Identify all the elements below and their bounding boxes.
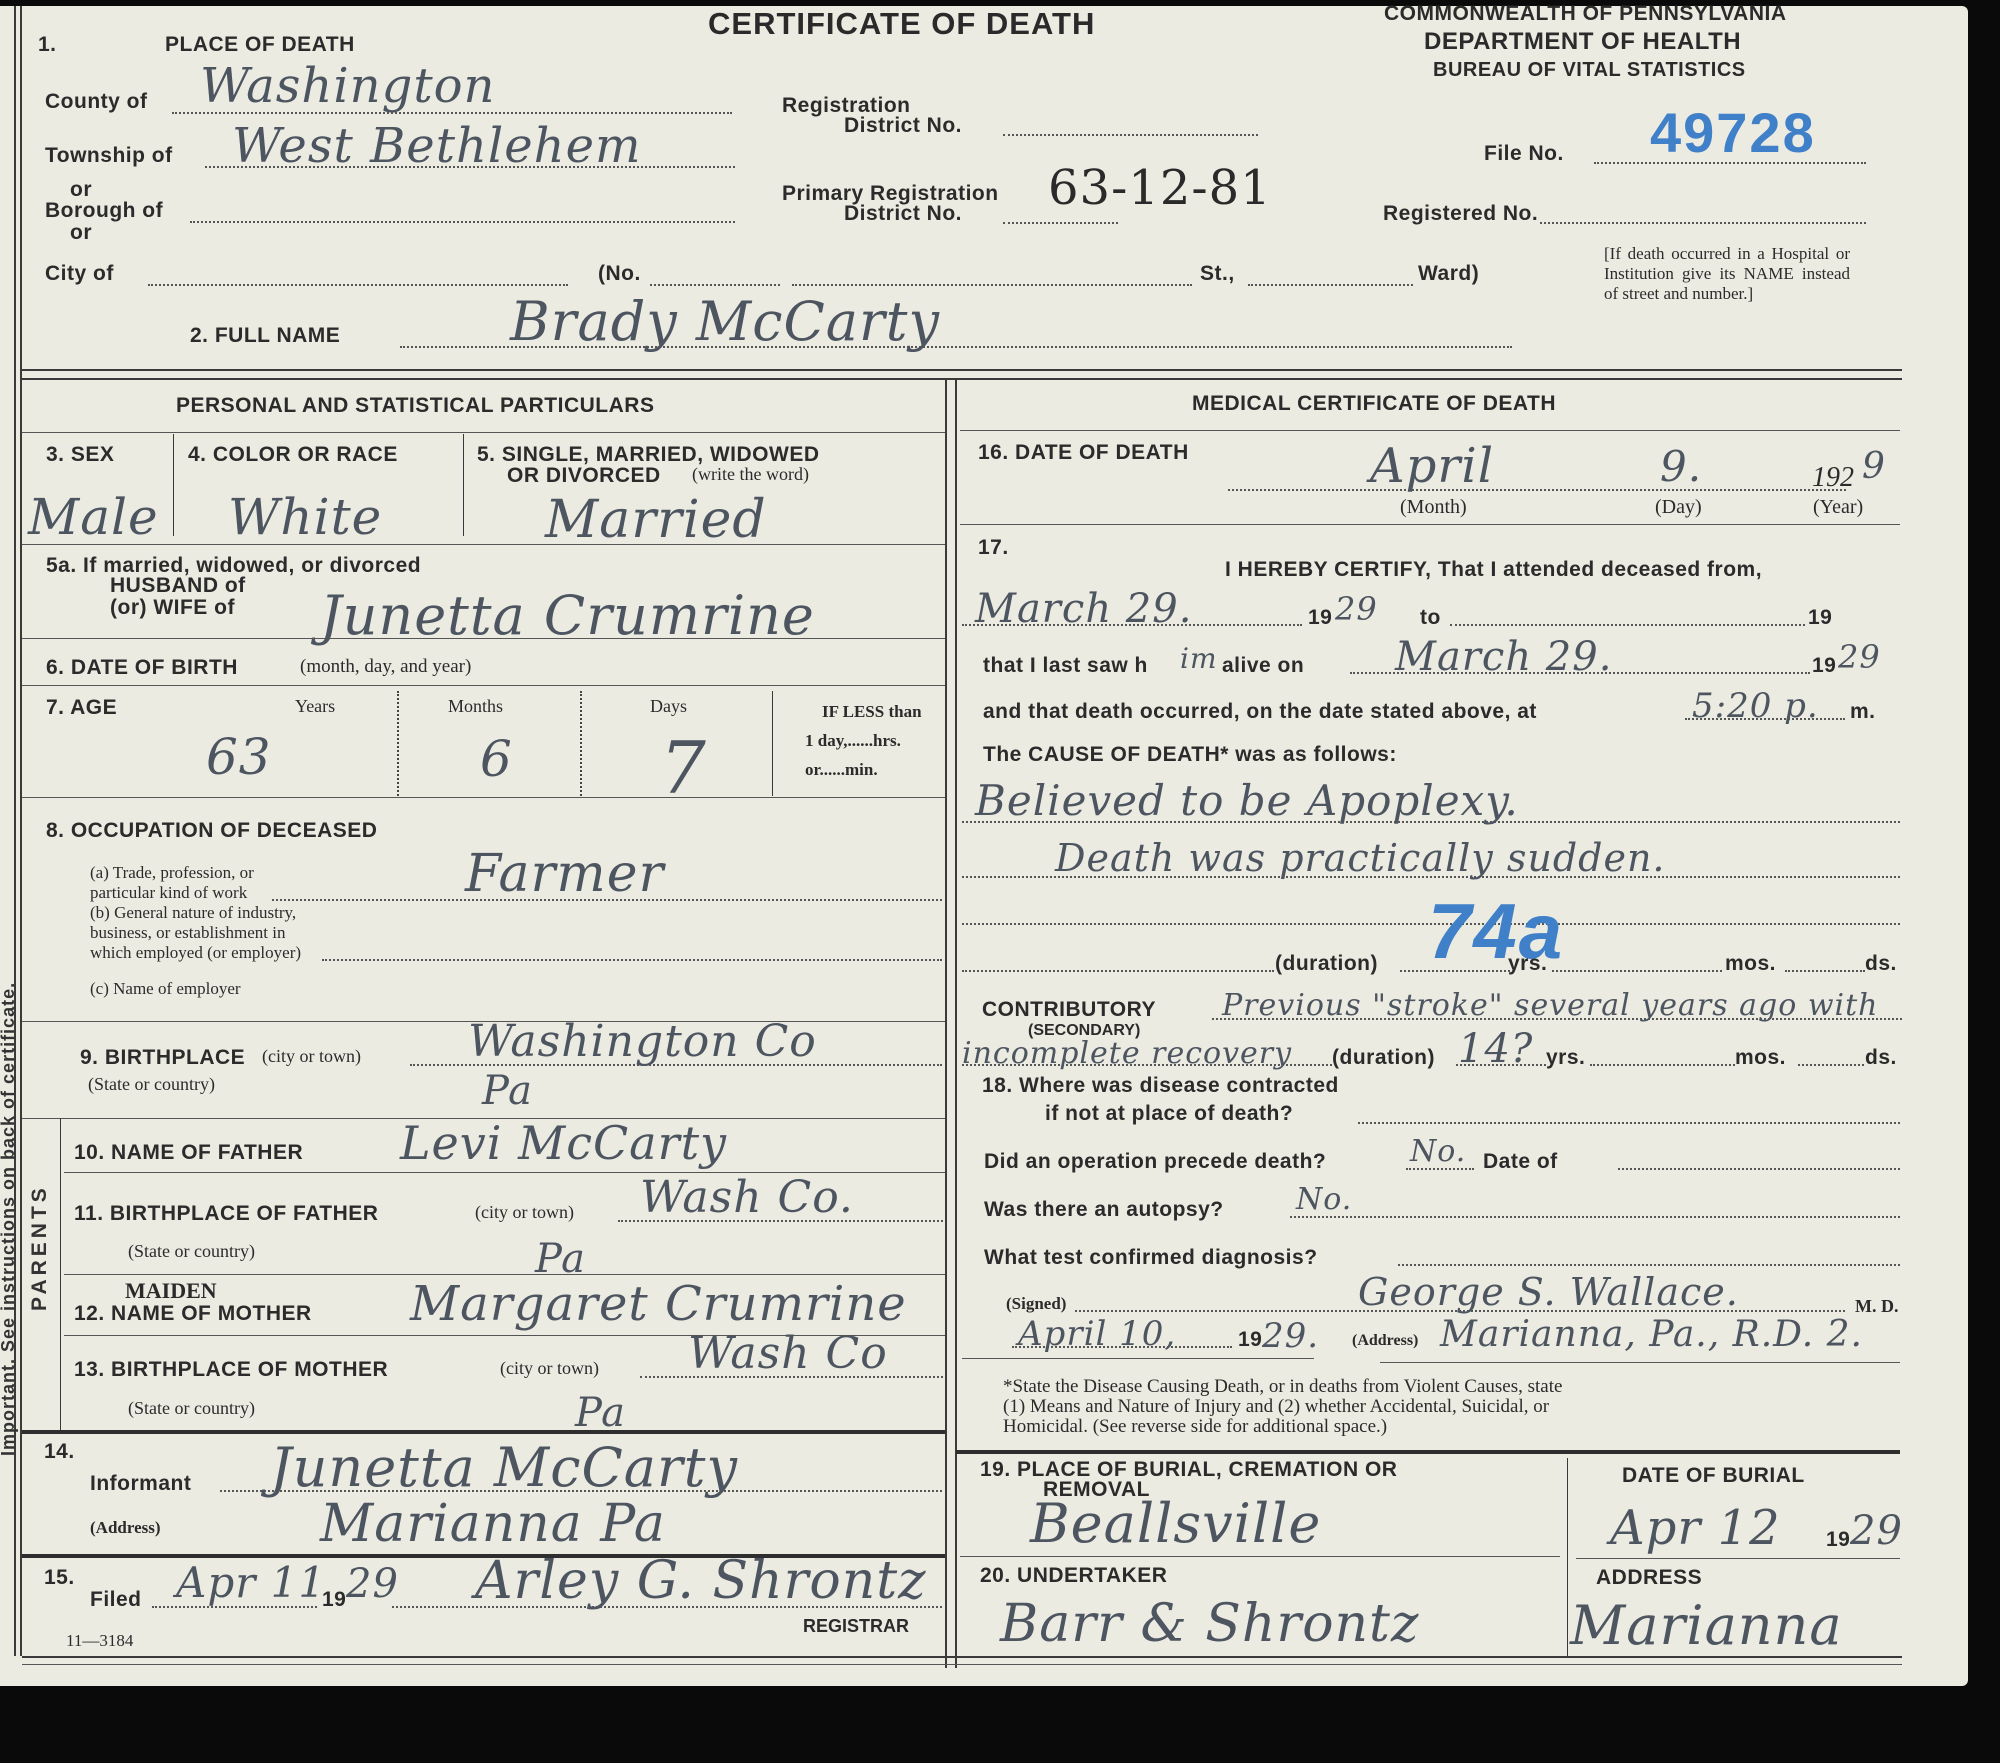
occupation-label: 8. OCCUPATION OF DECEASED [46,819,377,843]
file-no-stamp: 49728 [1650,100,1816,165]
autopsy-field-line [1290,1216,1900,1218]
divider [22,544,945,545]
contracted-field-line [1358,1122,1900,1124]
marital-status-hint: (write the word) [692,464,809,485]
marital-status-label: OR DIVORCED [507,464,661,488]
birthplace-state-value: Pa [482,1068,533,1114]
birthplace-city-hint: (city or town) [262,1046,361,1067]
city-field-line [148,284,568,286]
certify-text: I HEREBY CERTIFY, That I attended deceas… [1225,558,1762,582]
date-of-death-day: 9. [1660,442,1702,491]
divider [22,1664,1902,1665]
attended-from-year-value: 29 [1335,590,1378,628]
footnote: Homicidal. (See reverse side for additio… [1003,1416,1387,1438]
place-of-death-heading: PLACE OF DEATH [165,33,355,57]
attended-from-value: March 29. [975,586,1192,632]
parents-label: PARENTS [28,1184,52,1311]
cell-divider [463,434,464,536]
birthplace-state-hint: (State or country) [88,1074,215,1095]
duration-years-label: yrs. [1508,952,1547,976]
age-years-label: Years [295,696,335,717]
signed-year-value: 29. [1262,1316,1319,1356]
county-value: Washington [200,58,495,114]
attended-to-year-prefix: 19 [1808,606,1832,630]
day-hint: (Day) [1655,496,1702,519]
last-saw-pronoun: im [1180,642,1218,675]
divider [956,1450,1900,1454]
mother-name-value: Margaret Crumrine [410,1276,907,1332]
occupation-b-label: business, or establishment in [90,923,285,943]
signed-year-prefix: 19 [1238,1328,1262,1352]
township-value: West Bethlehem [232,118,641,174]
cell-divider [1567,1458,1568,1658]
mother-birthplace-city-hint: (city or town) [500,1358,599,1379]
informant-label: Informant [90,1472,191,1496]
filed-year-prefix: 19 [322,1588,346,1612]
primary-registration-value: 63-12-81 [1048,160,1272,216]
operation-label: Did an operation precede death? [984,1150,1326,1174]
age-years-value: 63 [206,728,272,786]
section-number: 1. [38,33,57,57]
divider [962,1358,1314,1359]
cell-divider [772,691,773,796]
registrar-label: REGISTRAR [803,1616,909,1637]
signed-date-value: April 10, [1018,1314,1176,1354]
parents-divider [60,1118,61,1430]
street-number-label: (No. [598,262,641,286]
undertaker-value: Barr & Shrontz [1000,1594,1419,1654]
contributory-duration-label: (duration) [1332,1046,1435,1070]
last-saw-prefix: that I last saw h [983,654,1148,678]
authority-bureau: BUREAU OF VITAL STATISTICS [1433,59,1746,82]
city-label: City of [45,262,114,286]
father-name-value: Levi McCarty [400,1116,727,1170]
autopsy-label: Was there an autopsy? [984,1198,1224,1222]
cause-line-1-value: Believed to be Apoplexy. [975,776,1519,825]
spouse-label: HUSBAND of [110,574,246,598]
father-birthplace-state-hint: (State or country) [128,1241,255,1262]
registrar-signature: Arley G. Shrontz [475,1551,927,1611]
date-of-death-year-prefix: 192 [1812,462,1854,494]
race-label: 4. COLOR OR RACE [188,443,398,467]
birthplace-label: 9. BIRTHPLACE [80,1046,245,1070]
divider [960,1556,1560,1557]
physician-address-value: Marianna, Pa., R.D. 2. [1440,1314,1863,1355]
less-than-minutes-label: or......min. [805,760,878,780]
occupation-value: Farmer [465,844,664,904]
operation-date-field-line [1618,1168,1900,1170]
burial-year-value: 29 [1850,1508,1903,1554]
physician-signature: George S. Wallace. [1358,1270,1739,1314]
column-divider [945,378,947,1668]
borough-label: Borough of [45,199,163,223]
borough-field-line [190,221,735,223]
duration-months-label: mos. [1725,952,1776,976]
divider [22,797,945,798]
contributory-days-field-line [1798,1064,1864,1066]
registered-no-field-line [1540,222,1866,224]
occupation-b-label: which employed (or employer) [90,943,301,963]
frame-line [20,6,22,1656]
last-saw-year-value: 29 [1838,638,1881,676]
divider [22,685,945,686]
certify-number: 17. [978,536,1009,560]
street-field-line [792,284,1192,286]
divider [22,1656,1902,1658]
informant-address-label: (Address) [90,1518,161,1538]
township-label: Township of [45,144,173,168]
filed-number: 15. [44,1566,75,1590]
burial-place-value: Beallsville [1030,1492,1321,1555]
date-of-death-year-value: 9 [1862,446,1886,487]
undertaker-address-value: Marianna [1570,1594,1843,1657]
father-birthplace-city-value: Wash Co. [640,1172,854,1223]
mother-name-label: 12. NAME OF MOTHER [74,1302,312,1326]
age-months-label: Months [448,696,503,717]
undertaker-label: 20. UNDERTAKER [980,1564,1167,1588]
contracted-label: 18. Where was disease contracted [982,1074,1339,1098]
certificate-title: CERTIFICATE OF DEATH [708,6,1095,42]
cell-divider [580,691,582,796]
form-number: 11—3184 [66,1631,133,1651]
registered-no-label: Registered No. [1383,202,1538,226]
death-time-text: and that death occurred, on the date sta… [983,700,1537,724]
physician-address-label: (Address) [1352,1332,1418,1350]
month-hint: (Month) [1400,496,1467,519]
operation-value: No. [1410,1134,1466,1169]
primary-registration-field-line [1003,222,1118,224]
cause-line-2-value: Death was practically sudden. [1055,836,1666,880]
death-certificate: Important. See instructions on back of c… [0,6,1968,1686]
operation-date-label: Date of [1483,1150,1558,1174]
dob-hint: (month, day, and year) [300,656,471,678]
autopsy-value: No. [1296,1182,1352,1217]
filed-date-value: Apr 11 [176,1558,326,1607]
mother-birthplace-city-value: Wash Co [688,1328,888,1379]
age-label: 7. AGE [46,696,117,720]
death-time-value: 5:20 p. [1692,686,1819,726]
last-saw-year-prefix: 19 [1812,654,1836,678]
contracted-label: if not at place of death? [1045,1102,1293,1126]
footnote: *State the Disease Causing Death, or in … [1003,1376,1562,1398]
date-of-death-month: April [1370,438,1494,494]
registration-district-field-line [1003,134,1258,136]
burial-date-label: DATE OF BURIAL [1622,1464,1805,1488]
county-label: County of [45,90,147,114]
filed-label: Filed [90,1588,142,1612]
informant-name-value: Junetta McCarty [270,1436,738,1499]
cell-divider [173,434,174,536]
burial-year-prefix: 19 [1826,1528,1850,1552]
attended-to-field-line [1450,624,1805,626]
attended-from-year-prefix: 19 [1308,606,1332,630]
divider [64,1274,945,1275]
contributory-label: CONTRIBUTORY [982,998,1156,1022]
father-birthplace-city-hint: (city or town) [475,1202,574,1223]
footnote: (1) Means and Nature of Injury and (2) w… [1003,1396,1549,1418]
divider [960,524,1900,525]
contributory-days-label: ds. [1865,1046,1897,1070]
test-field-line [1398,1264,1900,1266]
ward-field-line [1248,284,1413,286]
registration-district-label: District No. [844,114,962,138]
divider [1380,1362,1900,1363]
duration-days-field-line [1785,970,1865,972]
marital-status-value: Married [545,490,767,550]
divider [22,638,945,639]
file-no-label: File No. [1484,142,1564,166]
divider [960,430,1900,431]
less-than-label: IF LESS than [822,702,922,722]
divider [22,1430,945,1434]
full-name-value: Brady McCarty [510,290,940,353]
less-than-hours-label: 1 day,......hrs. [805,731,901,751]
last-saw-suffix: alive on [1222,654,1304,678]
age-months-value: 6 [480,730,513,788]
occupation-a-label: (a) Trade, profession, or [90,863,254,883]
primary-registration-label: District No. [844,202,962,226]
ward-label: Ward) [1418,262,1479,286]
burial-date-value: Apr 12 [1610,1500,1781,1556]
contributory-line-1-value: Previous "stroke" several years ago with [1222,988,1878,1023]
signed-label: (Signed) [1006,1294,1066,1314]
filed-year-value: 29 [346,1561,399,1607]
mother-birthplace-label: 13. BIRTHPLACE OF MOTHER [74,1358,388,1382]
divider [22,432,945,433]
mother-birthplace-state-hint: (State or country) [128,1398,255,1419]
divider [22,378,1902,380]
test-label: What test confirmed diagnosis? [984,1246,1318,1270]
contributory-line-2-value: incomplete recovery [962,1036,1292,1071]
divider [1576,1558,1900,1559]
side-instruction-note: Important. See instructions on back of c… [0,982,19,1456]
dob-label: 6. DATE OF BIRTH [46,656,238,680]
full-name-label: 2. FULL NAME [190,324,340,348]
authority-commonwealth: COMMONWEALTH OF PENNSYLVANIA [1384,2,1786,26]
sex-label: 3. SEX [46,443,114,467]
medical-heading: MEDICAL CERTIFICATE OF DEATH [1192,392,1556,416]
contributory-months-field-line [1590,1064,1735,1066]
mother-maiden-label: MAIDEN [125,1278,217,1304]
industry-field-line [322,959,942,961]
column-divider [955,378,957,1668]
divider [22,369,1902,371]
street-number-field-line [650,284,780,286]
age-days-label: Days [650,696,687,717]
informant-address-value: Marianna Pa [320,1494,666,1554]
date-of-death-label: 16. DATE OF DEATH [978,441,1189,465]
informant-number: 14. [44,1440,75,1464]
date-of-death-field-line [1228,489,1846,491]
father-birthplace-label: 11. BIRTHPLACE OF FATHER [74,1202,378,1226]
meridiem-label: m. [1850,700,1876,724]
or-label: or [70,221,92,245]
spouse-label: (or) WIFE of [110,596,235,620]
contributory-duration-value: 14? [1458,1026,1533,1072]
duration-months-field-line [1552,970,1722,972]
personal-heading: PERSONAL AND STATISTICAL PARTICULARS [176,394,654,418]
father-name-label: 10. NAME OF FATHER [74,1141,303,1165]
employer-label: (c) Name of employer [90,979,241,999]
authority-department: DEPARTMENT OF HEALTH [1424,28,1741,56]
last-saw-date-value: March 29. [1395,634,1612,680]
street-label: St., [1200,262,1235,286]
occupation-b-label: (b) General nature of industry, [90,903,296,923]
duration-days-label: ds. [1865,952,1897,976]
cell-divider [397,691,399,796]
duration-label: (duration) [1275,952,1378,976]
birthplace-city-value: Washington Co [468,1016,817,1067]
contributory-years-label: yrs. [1546,1046,1585,1070]
year-hint: (Year) [1813,496,1863,519]
contributory-months-label: mos. [1735,1046,1786,1070]
to-label: to [1420,606,1441,630]
cause-of-death-label: The CAUSE OF DEATH* was as follows: [983,743,1397,767]
undertaker-address-label: ADDRESS [1596,1566,1702,1590]
occupation-a-label: particular kind of work [90,883,247,903]
sex-value: Male [28,488,159,546]
race-value: White [228,488,382,546]
hospital-note: [If death occurred in a Hospital or Inst… [1604,244,1850,304]
cause-field-line-4 [962,970,1274,972]
